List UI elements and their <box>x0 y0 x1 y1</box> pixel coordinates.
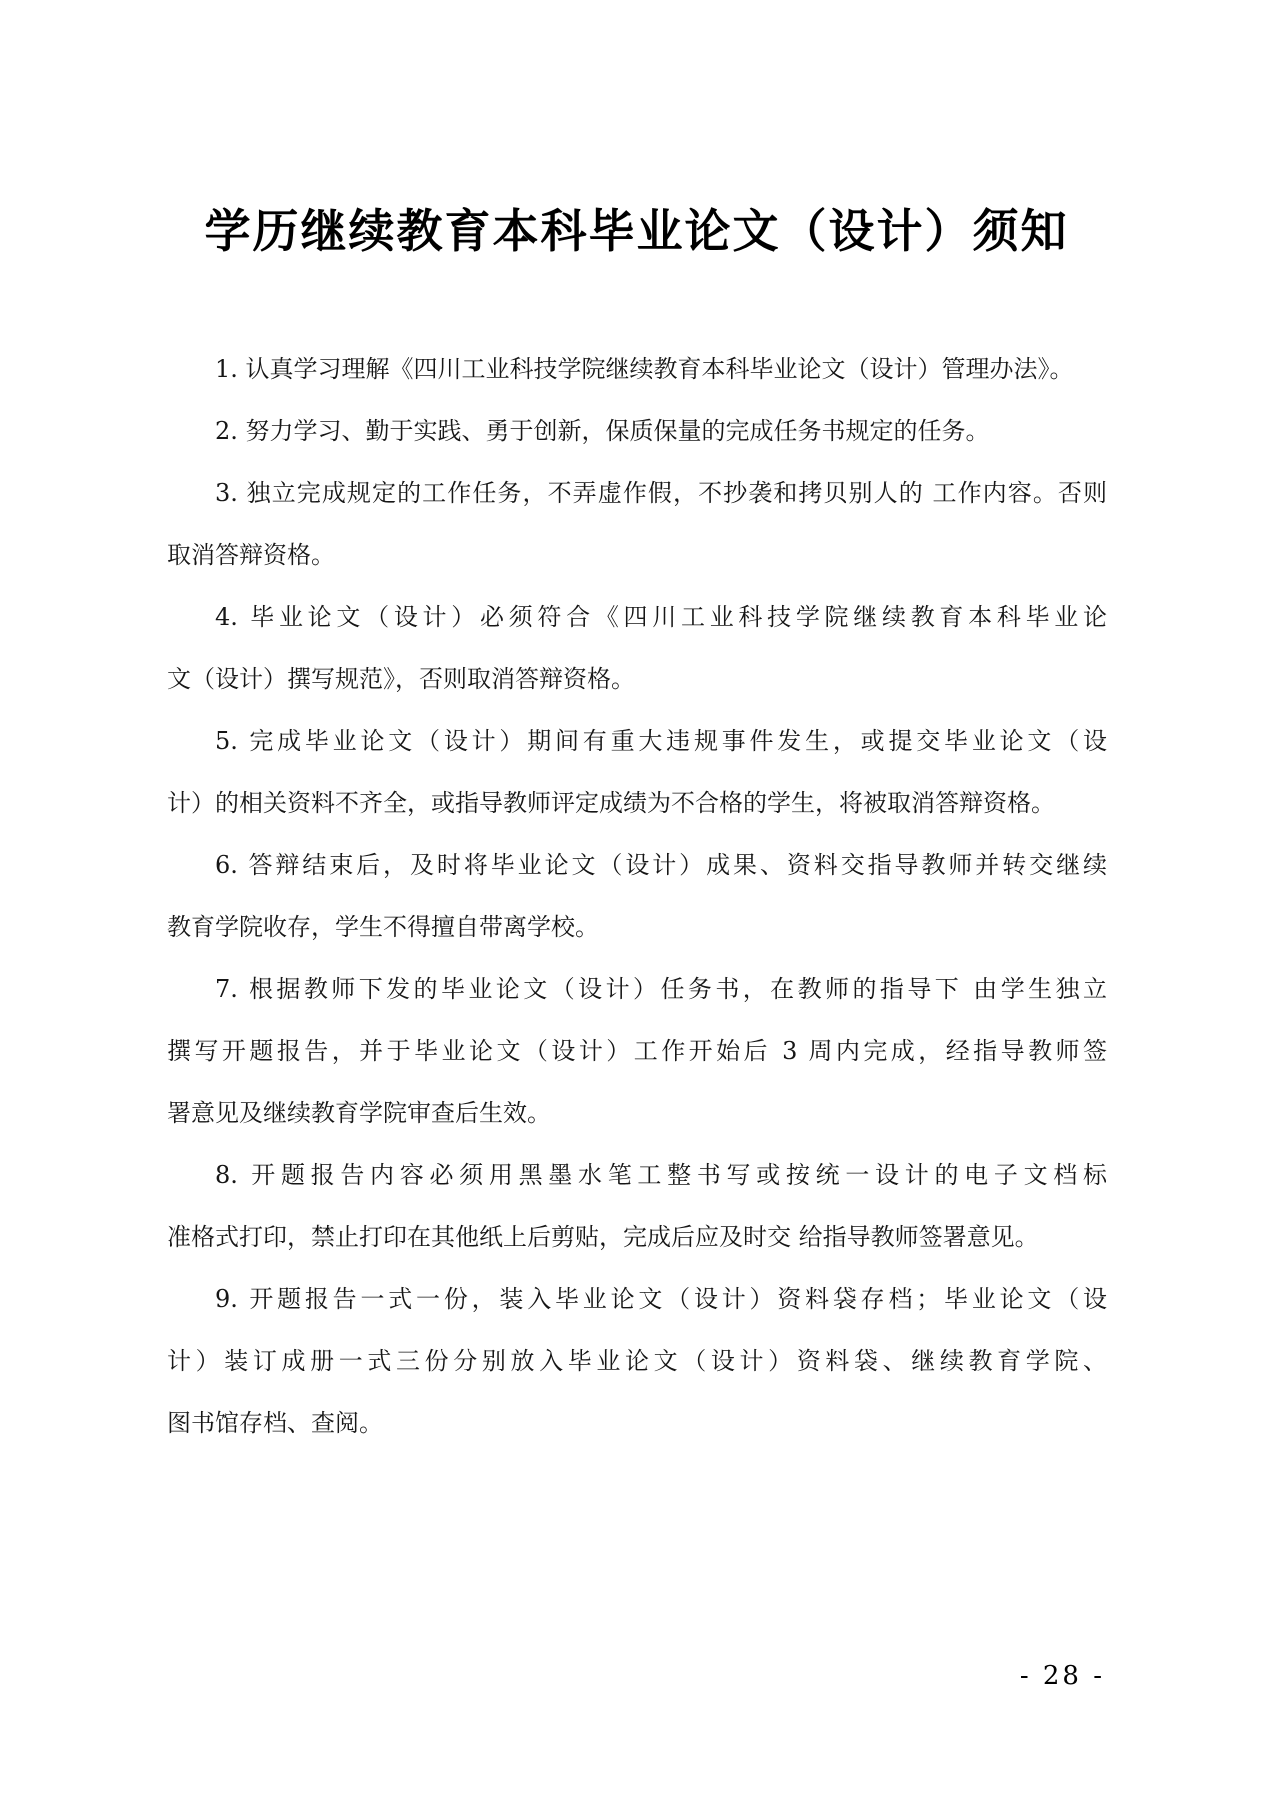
paragraph: 7. 根据教师下发的毕业论文（设计）任务书，在教师的指导下 由学生独立撰写开题报… <box>167 958 1107 1144</box>
paragraph-line: 7. 根据教师下发的毕业论文（设计）任务书，在教师的指导下 由学生独立 <box>167 958 1107 1020</box>
paragraph-line: 计）装订成册一式三份分别放入毕业论文（设计）资料袋、继续教育学院、 <box>167 1330 1107 1392</box>
paragraph-line: 6. 答辩结束后，及时将毕业论文（设计）成果、资料交指导教师并转交继续 <box>167 834 1107 896</box>
paragraph-line: 署意见及继续教育学院审查后生效。 <box>167 1082 1107 1144</box>
paragraph-line: 4. 毕业论文（设计）必须符合《四川工业科技学院继续教育本科毕业论 <box>167 586 1107 648</box>
paragraph-line: 1. 认真学习理解《四川工业科技学院继续教育本科毕业论文（设计）管理办法》。 <box>167 338 1107 400</box>
paragraph: 8. 开题报告内容必须用黑墨水笔工整书写或按统一设计的电子文档标准格式打印，禁止… <box>167 1144 1107 1268</box>
paragraph: 1. 认真学习理解《四川工业科技学院继续教育本科毕业论文（设计）管理办法》。 <box>167 338 1107 400</box>
paragraph-line: 2. 努力学习、勤于实践、勇于创新，保质保量的完成任务书规定的任务。 <box>167 400 1107 462</box>
paragraph: 4. 毕业论文（设计）必须符合《四川工业科技学院继续教育本科毕业论文（设计）撰写… <box>167 586 1107 710</box>
paragraph: 5. 完成毕业论文（设计）期间有重大违规事件发生，或提交毕业论文（设计）的相关资… <box>167 710 1107 834</box>
paragraph-line: 取消答辩资格。 <box>167 524 1107 586</box>
paragraph-line: 撰写开题报告，并于毕业论文（设计）工作开始后 3 周内完成，经指导教师签 <box>167 1020 1107 1082</box>
paragraph-line: 9. 开题报告一式一份，装入毕业论文（设计）资料袋存档；毕业论文（设 <box>167 1268 1107 1330</box>
page-title: 学历继续教育本科毕业论文（设计）须知 <box>0 205 1273 257</box>
document-body: 1. 认真学习理解《四川工业科技学院继续教育本科毕业论文（设计）管理办法》。2.… <box>167 338 1107 1454</box>
paragraph-line: 教育学院收存，学生不得擅自带离学校。 <box>167 896 1107 958</box>
paragraph-line: 图书馆存档、查阅。 <box>167 1392 1107 1454</box>
paragraph: 2. 努力学习、勤于实践、勇于创新，保质保量的完成任务书规定的任务。 <box>167 400 1107 462</box>
paragraph: 6. 答辩结束后，及时将毕业论文（设计）成果、资料交指导教师并转交继续教育学院收… <box>167 834 1107 958</box>
paragraph: 3. 独立完成规定的工作任务，不弄虚作假，不抄袭和拷贝别人的 工作内容。否则取消… <box>167 462 1107 586</box>
document-page: 学历继续教育本科毕业论文（设计）须知 1. 认真学习理解《四川工业科技学院继续教… <box>0 0 1273 1800</box>
paragraph: 9. 开题报告一式一份，装入毕业论文（设计）资料袋存档；毕业论文（设计）装订成册… <box>167 1268 1107 1454</box>
paragraph-line: 准格式打印，禁止打印在其他纸上后剪贴，完成后应及时交 给指导教师签署意见。 <box>167 1206 1107 1268</box>
page-number: - 28 - <box>1020 1661 1105 1691</box>
paragraph-line: 5. 完成毕业论文（设计）期间有重大违规事件发生，或提交毕业论文（设 <box>167 710 1107 772</box>
paragraph-line: 计）的相关资料不齐全，或指导教师评定成绩为不合格的学生，将被取消答辩资格。 <box>167 772 1107 834</box>
paragraph-line: 8. 开题报告内容必须用黑墨水笔工整书写或按统一设计的电子文档标 <box>167 1144 1107 1206</box>
paragraph-line: 3. 独立完成规定的工作任务，不弄虚作假，不抄袭和拷贝别人的 工作内容。否则 <box>167 462 1107 524</box>
paragraph-line: 文（设计）撰写规范》，否则取消答辩资格。 <box>167 648 1107 710</box>
